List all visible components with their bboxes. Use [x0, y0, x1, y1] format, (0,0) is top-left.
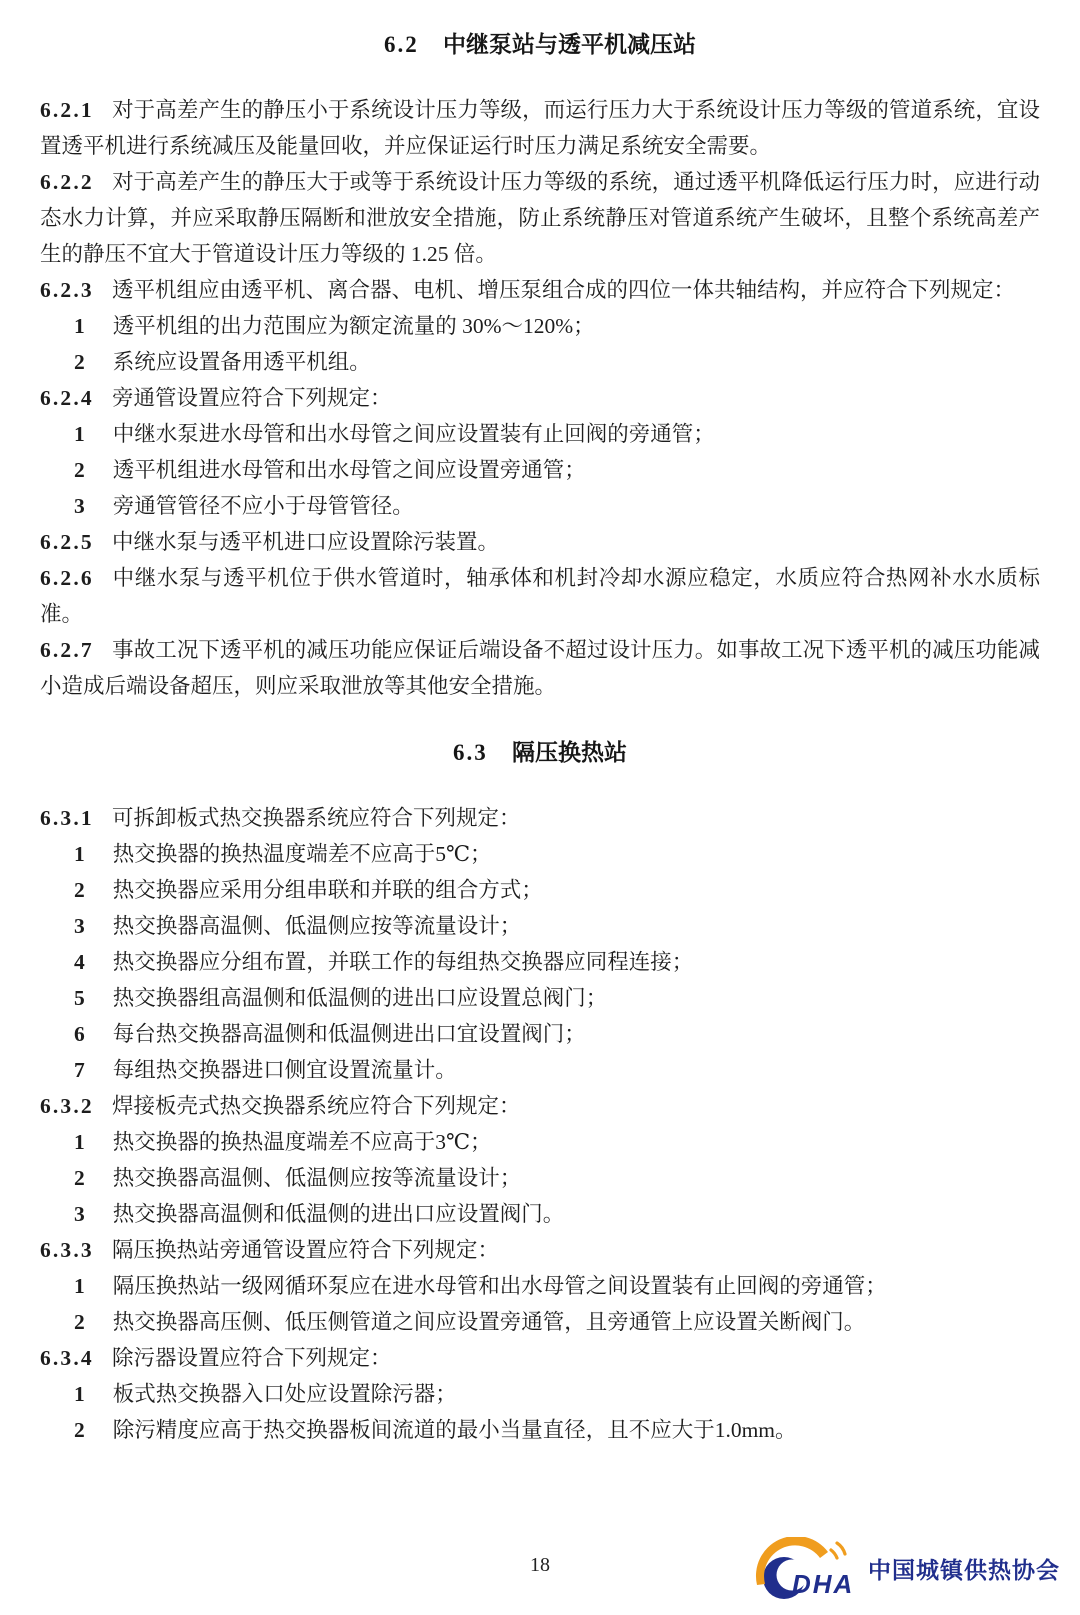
list-item: 1热交换器的换热温度端差不应高于3℃； — [40, 1124, 1040, 1160]
item-number: 1 — [74, 1130, 85, 1154]
item-number: 3 — [74, 494, 85, 518]
item-number: 1 — [74, 422, 85, 446]
item-number: 2 — [74, 1310, 85, 1334]
item-number: 2 — [74, 350, 85, 374]
item-text: 热交换器高温侧、低温侧应按等流量设计； — [113, 1166, 522, 1190]
item-number: 1 — [74, 1274, 85, 1298]
list-item: 7每组热交换器进口侧宜设置流量计。 — [40, 1052, 1040, 1088]
clause-6-3-3: 6.3.3隔压换热站旁通管设置应符合下列规定： — [40, 1232, 1040, 1268]
document-page: 6.2中继泵站与透平机减压站 6.2.1对于高差产生的静压小于系统设计压力等级，… — [0, 0, 1080, 1448]
cdha-logo-icon: DHA — [754, 1537, 858, 1599]
section-heading-6-3: 6.3隔压换热站 — [40, 734, 1040, 772]
clause-text: 事故工况下透平机的减压功能应保证后端设备不超过设计压力。如事故工况下透平机的减压… — [40, 638, 1040, 698]
cdha-logo: DHA 中国城镇供热协会 — [754, 1537, 1060, 1599]
list-item: 2系统应设置备用透平机组。 — [40, 344, 1040, 380]
clause-6-3-4: 6.3.4除污器设置应符合下列规定： — [40, 1340, 1040, 1376]
list-item: 2热交换器应采用分组串联和并联的组合方式； — [40, 872, 1040, 908]
item-text: 热交换器应分组布置，并联工作的每组热交换器应同程连接； — [113, 950, 694, 974]
item-text: 热交换器的换热温度端差不应高于5℃； — [113, 842, 492, 866]
clause-label: 6.3.4 — [40, 1346, 94, 1370]
item-text: 隔压换热站一级网循环泵应在进水母管和出水母管之间设置装有止回阀的旁通管； — [113, 1274, 887, 1298]
clause-6-2-2: 6.2.2对于高差产生的静压大于或等于系统设计压力等级的系统，通过透平机降低运行… — [40, 164, 1040, 272]
clause-text: 焊接板壳式热交换器系统应符合下列规定： — [112, 1094, 521, 1118]
clause-6-2-5: 6.2.5中继水泵与透平机进口应设置除污装置。 — [40, 524, 1040, 560]
item-text: 板式热交换器入口处应设置除污器； — [113, 1382, 457, 1406]
item-number: 1 — [74, 1382, 85, 1406]
clause-text: 对于高差产生的静压大于或等于系统设计压力等级的系统，通过透平机降低运行压力时，应… — [40, 170, 1040, 266]
item-text: 每台热交换器高温侧和低温侧进出口宜设置阀门； — [113, 1022, 586, 1046]
list-item: 2热交换器高压侧、低压侧管道之间应设置旁通管，且旁通管上应设置关断阀门。 — [40, 1304, 1040, 1340]
item-number: 2 — [74, 1418, 85, 1442]
item-number: 1 — [74, 314, 85, 338]
clause-text: 隔压换热站旁通管设置应符合下列规定： — [112, 1238, 499, 1262]
item-text: 中继水泵进水母管和出水母管之间应设置装有止回阀的旁通管； — [113, 422, 715, 446]
clause-label: 6.2.5 — [40, 530, 94, 554]
item-number: 1 — [74, 842, 85, 866]
clause-text: 可拆卸板式热交换器系统应符合下列规定： — [112, 806, 521, 830]
list-item: 1透平机组的出力范围应为额定流量的 30%～120%； — [40, 308, 1040, 344]
clause-label: 6.2.1 — [40, 98, 94, 122]
item-text: 旁通管管径不应小于母管管径。 — [113, 494, 414, 518]
item-text: 热交换器高压侧、低压侧管道之间应设置旁通管，且旁通管上应设置关断阀门。 — [113, 1310, 866, 1334]
clause-6-2-4: 6.2.4旁通管设置应符合下列规定： — [40, 380, 1040, 416]
item-number: 2 — [74, 878, 85, 902]
section-title: 隔压换热站 — [512, 740, 627, 765]
clause-6-3-1: 6.3.1可拆卸板式热交换器系统应符合下列规定： — [40, 800, 1040, 836]
section-heading-6-2: 6.2中继泵站与透平机减压站 — [40, 26, 1040, 64]
list-item: 5热交换器组高温侧和低温侧的进出口应设置总阀门； — [40, 980, 1040, 1016]
clause-6-2-7: 6.2.7事故工况下透平机的减压功能应保证后端设备不超过设计压力。如事故工况下透… — [40, 632, 1040, 704]
clause-text: 透平机组应由透平机、离合器、电机、增压泵组合成的四位一体共轴结构，并应符合下列规… — [112, 278, 1015, 302]
list-item: 4热交换器应分组布置，并联工作的每组热交换器应同程连接； — [40, 944, 1040, 980]
list-item: 3热交换器高温侧、低温侧应按等流量设计； — [40, 908, 1040, 944]
item-text: 热交换器高温侧和低温侧的进出口应设置阀门。 — [113, 1202, 565, 1226]
clause-label: 6.2.4 — [40, 386, 94, 410]
section-number: 6.2 — [384, 32, 419, 57]
section-title: 中继泵站与透平机减压站 — [443, 32, 696, 57]
clause-6-2-6: 6.2.6中继水泵与透平机位于供水管道时，轴承体和机封冷却水源应稳定，水质应符合… — [40, 560, 1040, 632]
item-text: 除污精度应高于热交换器板间流道的最小当量直径，且不应大于1.0mm。 — [113, 1418, 797, 1442]
section-number: 6.3 — [453, 740, 488, 765]
clause-label: 6.2.3 — [40, 278, 94, 302]
item-number: 2 — [74, 1166, 85, 1190]
item-text: 热交换器应采用分组串联和并联的组合方式； — [113, 878, 543, 902]
list-item: 3旁通管管径不应小于母管管径。 — [40, 488, 1040, 524]
clause-label: 6.3.2 — [40, 1094, 94, 1118]
clause-label: 6.2.7 — [40, 638, 94, 662]
list-item: 1中继水泵进水母管和出水母管之间应设置装有止回阀的旁通管； — [40, 416, 1040, 452]
clause-text: 旁通管设置应符合下列规定： — [112, 386, 392, 410]
clause-label: 6.2.6 — [40, 566, 94, 590]
item-text: 热交换器高温侧、低温侧应按等流量设计； — [113, 914, 522, 938]
logo-tick-large — [837, 1543, 845, 1554]
list-item: 2透平机组进水母管和出水母管之间应设置旁通管； — [40, 452, 1040, 488]
clause-label: 6.3.1 — [40, 806, 94, 830]
item-number: 3 — [74, 914, 85, 938]
clause-6-3-2: 6.3.2焊接板壳式热交换器系统应符合下列规定： — [40, 1088, 1040, 1124]
item-number: 2 — [74, 458, 85, 482]
item-text: 透平机组的出力范围应为额定流量的 30%～120%； — [113, 314, 595, 338]
list-item: 6每台热交换器高温侧和低温侧进出口宜设置阀门； — [40, 1016, 1040, 1052]
list-item: 1板式热交换器入口处应设置除污器； — [40, 1376, 1040, 1412]
list-item: 1热交换器的换热温度端差不应高于5℃； — [40, 836, 1040, 872]
list-item: 2热交换器高温侧、低温侧应按等流量设计； — [40, 1160, 1040, 1196]
logo-name: 中国城镇供热协会 — [868, 1552, 1060, 1585]
list-item: 2除污精度应高于热交换器板间流道的最小当量直径，且不应大于1.0mm。 — [40, 1412, 1040, 1448]
item-number: 5 — [74, 986, 85, 1010]
item-text: 每组热交换器进口侧宜设置流量计。 — [113, 1058, 457, 1082]
item-text: 透平机组进水母管和出水母管之间应设置旁通管； — [113, 458, 586, 482]
clause-text: 对于高差产生的静压小于系统设计压力等级，而运行压力大于系统设计压力等级的管道系统… — [40, 98, 1040, 158]
list-item: 1隔压换热站一级网循环泵应在进水母管和出水母管之间设置装有止回阀的旁通管； — [40, 1268, 1040, 1304]
item-text: 系统应设置备用透平机组。 — [113, 350, 371, 374]
list-item: 3热交换器高温侧和低温侧的进出口应设置阀门。 — [40, 1196, 1040, 1232]
item-text: 热交换器的换热温度端差不应高于3℃； — [113, 1130, 492, 1154]
clause-6-2-3: 6.2.3透平机组应由透平机、离合器、电机、增压泵组合成的四位一体共轴结构，并应… — [40, 272, 1040, 308]
clause-text: 中继水泵与透平机位于供水管道时，轴承体和机封冷却水源应稳定，水质应符合热网补水水… — [40, 566, 1040, 626]
clause-label: 6.3.3 — [40, 1238, 94, 1262]
clause-6-2-1: 6.2.1对于高差产生的静压小于系统设计压力等级，而运行压力大于系统设计压力等级… — [40, 92, 1040, 164]
clause-text: 中继水泵与透平机进口应设置除污装置。 — [112, 530, 499, 554]
logo-tick-small — [831, 1550, 837, 1558]
clause-text: 除污器设置应符合下列规定： — [112, 1346, 392, 1370]
item-number: 3 — [74, 1202, 85, 1226]
item-text: 热交换器组高温侧和低温侧的进出口应设置总阀门； — [113, 986, 608, 1010]
item-number: 6 — [74, 1022, 85, 1046]
item-number: 4 — [74, 950, 85, 974]
clause-label: 6.2.2 — [40, 170, 94, 194]
logo-abbr: DHA — [792, 1569, 854, 1599]
item-number: 7 — [74, 1058, 85, 1082]
